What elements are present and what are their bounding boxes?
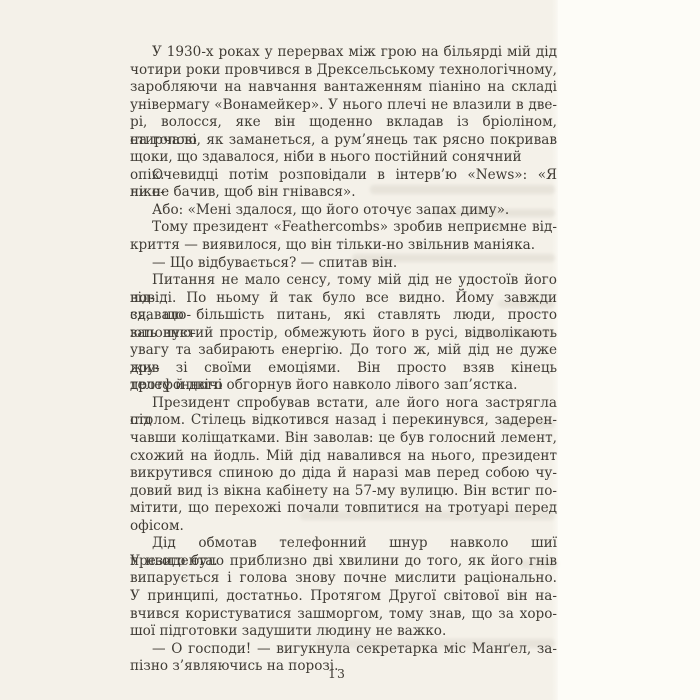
text-line: Тому президент «Feathercombs» зробив неп…: [130, 219, 557, 237]
text-line: щоки, що здавалося, ніби в нього постійн…: [130, 149, 557, 167]
text-line: мітити, що перехожі почали товпитися на …: [130, 500, 557, 518]
text-line: чотири роки провчився в Дрексельському т…: [130, 62, 557, 80]
text-line: столом. Стілець відкотився назад і перек…: [130, 412, 557, 430]
text-line: повіді. По ньому й так було все видно. Й…: [130, 290, 557, 308]
paragraph: Президент спробував встати, але його ног…: [130, 395, 557, 535]
text-line: ся, що більшість питань, які ставлять лю…: [130, 307, 557, 325]
paragraph: Або: «Мені здалося, що його оточує запах…: [130, 202, 557, 220]
text-line: шої підготовки задушити людину не важко.: [130, 623, 557, 641]
paragraph: Питання не мало сенсу, тому мій дід не у…: [130, 272, 557, 395]
text-line: випарується і голова знову почне мислити…: [130, 570, 557, 588]
text-line: Очевидці потім розповідали в інтерв’ю «N…: [130, 167, 557, 185]
text-line: офісом.: [130, 518, 557, 536]
paragraph: Очевидці потім розповідали в інтерв’ю «N…: [130, 167, 557, 202]
text-line: рі, волосся, яке він щоденно вкладав із …: [130, 114, 557, 132]
page-number: 13: [130, 666, 544, 681]
text-line: схожий на йодль. Мій дід навалився на нь…: [130, 448, 557, 466]
text-line: У 1930-х роках у перервах між грою на бі…: [130, 44, 557, 62]
text-block: У 1930-х роках у перервах між грою на бі…: [130, 44, 557, 676]
text-line: універмагу «Вонамейкер». У нього плечі н…: [130, 97, 557, 115]
text-line: жив зі своїми емоціями. Він просто взяв …: [130, 360, 557, 378]
text-line: чавши коліщатками. Він заволав: це був г…: [130, 430, 557, 448]
text-line: дроту й двічі обгорнув його навколо ліво…: [130, 377, 557, 395]
text-line: викрутився спиною до діда й наразі мав п…: [130, 465, 557, 483]
text-line: вчився користуватися зашморгом, тому зна…: [130, 606, 557, 624]
text-line: довий вид із вікна кабінету на 57-му вул…: [130, 483, 557, 501]
text-line: Дід обмотав телефонний шнур навколо шиї …: [130, 535, 557, 553]
text-line: ли не бачив, щоб він гнівався».: [130, 184, 557, 202]
book-page: У 1930-х роках у перервах між грою на бі…: [0, 0, 558, 700]
text-line: У нього було приблизно дві хвилини до то…: [130, 553, 557, 571]
text-line: заробляючи на навчання вантаженням піані…: [130, 79, 557, 97]
text-line: на голові, як заманеться, а рум’янець та…: [130, 132, 557, 150]
text-line: — О господи! — вигукнула секретарка міс …: [130, 641, 557, 659]
text-line: Питання не мало сенсу, тому мій дід не у…: [130, 272, 557, 290]
text-line: ють пустий простір, обмежують його в рус…: [130, 325, 557, 343]
paragraph: У 1930-х роках у перервах між грою на бі…: [130, 44, 557, 167]
text-line: Президент спробував встати, але його ног…: [130, 395, 557, 413]
text-line: У принципі, достатньо. Протягом Другої с…: [130, 588, 557, 606]
paragraph: Дід обмотав телефонний шнур навколо шиї …: [130, 535, 557, 640]
paragraph: Тому президент «Feathercombs» зробив неп…: [130, 219, 557, 254]
text-line: — Що відбувається? — спитав він.: [130, 255, 557, 273]
text-line: увагу та забирають енергію. До того ж, м…: [130, 342, 557, 360]
text-line: криття — виявилося, що він тільки-но зві…: [130, 237, 557, 255]
text-line: Або: «Мені здалося, що його оточує запах…: [130, 202, 557, 220]
paragraph: — Що відбувається? — спитав він.: [130, 255, 557, 273]
